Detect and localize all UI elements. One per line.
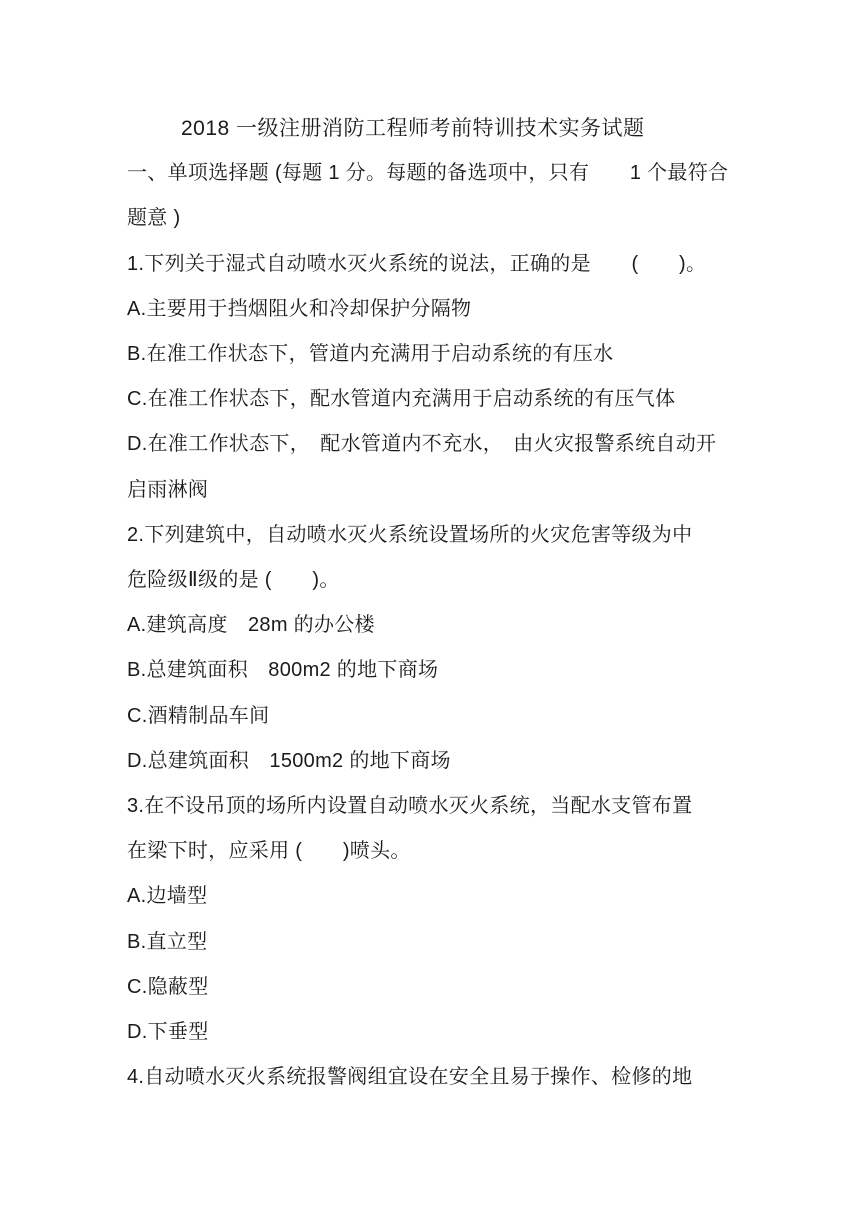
text-line: 2.下列建筑中，自动喷水灭火系统设置场所的火灾危害等级为中 xyxy=(127,513,860,558)
document-content: 2018 一级注册消防工程师考前特训技术实务试题 一、单项选择题 (每题 1 分… xyxy=(0,0,860,1100)
document-body: 一、单项选择题 (每题 1 分。每题的备选项中，只有 1 个最符合题意 )1.下… xyxy=(127,151,860,1100)
text-line: A.边墙型 xyxy=(127,874,860,919)
text-line: 1.下列关于湿式自动喷水灭火系统的说法，正确的是 ( )。 xyxy=(127,242,860,287)
text-line: 启雨淋阀 xyxy=(127,468,860,513)
text-line: D.总建筑面积 1500m2 的地下商场 xyxy=(127,739,860,784)
text-line: C.隐蔽型 xyxy=(127,965,860,1010)
text-line: 在梁下时，应采用 ( )喷头。 xyxy=(127,829,860,874)
document-title: 2018 一级注册消防工程师考前特训技术实务试题 xyxy=(181,106,860,151)
text-line: 题意 ) xyxy=(127,196,860,241)
text-line: B.在准工作状态下，管道内充满用于启动系统的有压水 xyxy=(127,332,860,377)
text-line: 3.在不设吊顶的场所内设置自动喷水灭火系统，当配水支管布置 xyxy=(127,784,860,829)
text-line: D.在准工作状态下， 配水管道内不充水， 由火灾报警系统自动开 xyxy=(127,422,860,467)
text-line: C.在准工作状态下，配水管道内充满用于启动系统的有压气体 xyxy=(127,377,860,422)
text-line: D.下垂型 xyxy=(127,1010,860,1055)
text-line: B.总建筑面积 800m2 的地下商场 xyxy=(127,648,860,693)
document-page: 2018 一级注册消防工程师考前特训技术实务试题 一、单项选择题 (每题 1 分… xyxy=(0,0,860,1218)
text-line: 一、单项选择题 (每题 1 分。每题的备选项中，只有 1 个最符合 xyxy=(127,151,860,196)
text-line: B.直立型 xyxy=(127,920,860,965)
text-line: 危险级Ⅱ级的是 ( )。 xyxy=(127,558,860,603)
text-line: 4.自动喷水灭火系统报警阀组宜设在安全且易于操作、检修的地 xyxy=(127,1055,860,1100)
text-line: C.酒精制品车间 xyxy=(127,694,860,739)
text-line: A.主要用于挡烟阻火和冷却保护分隔物 xyxy=(127,287,860,332)
text-line: A.建筑高度 28m 的办公楼 xyxy=(127,603,860,648)
